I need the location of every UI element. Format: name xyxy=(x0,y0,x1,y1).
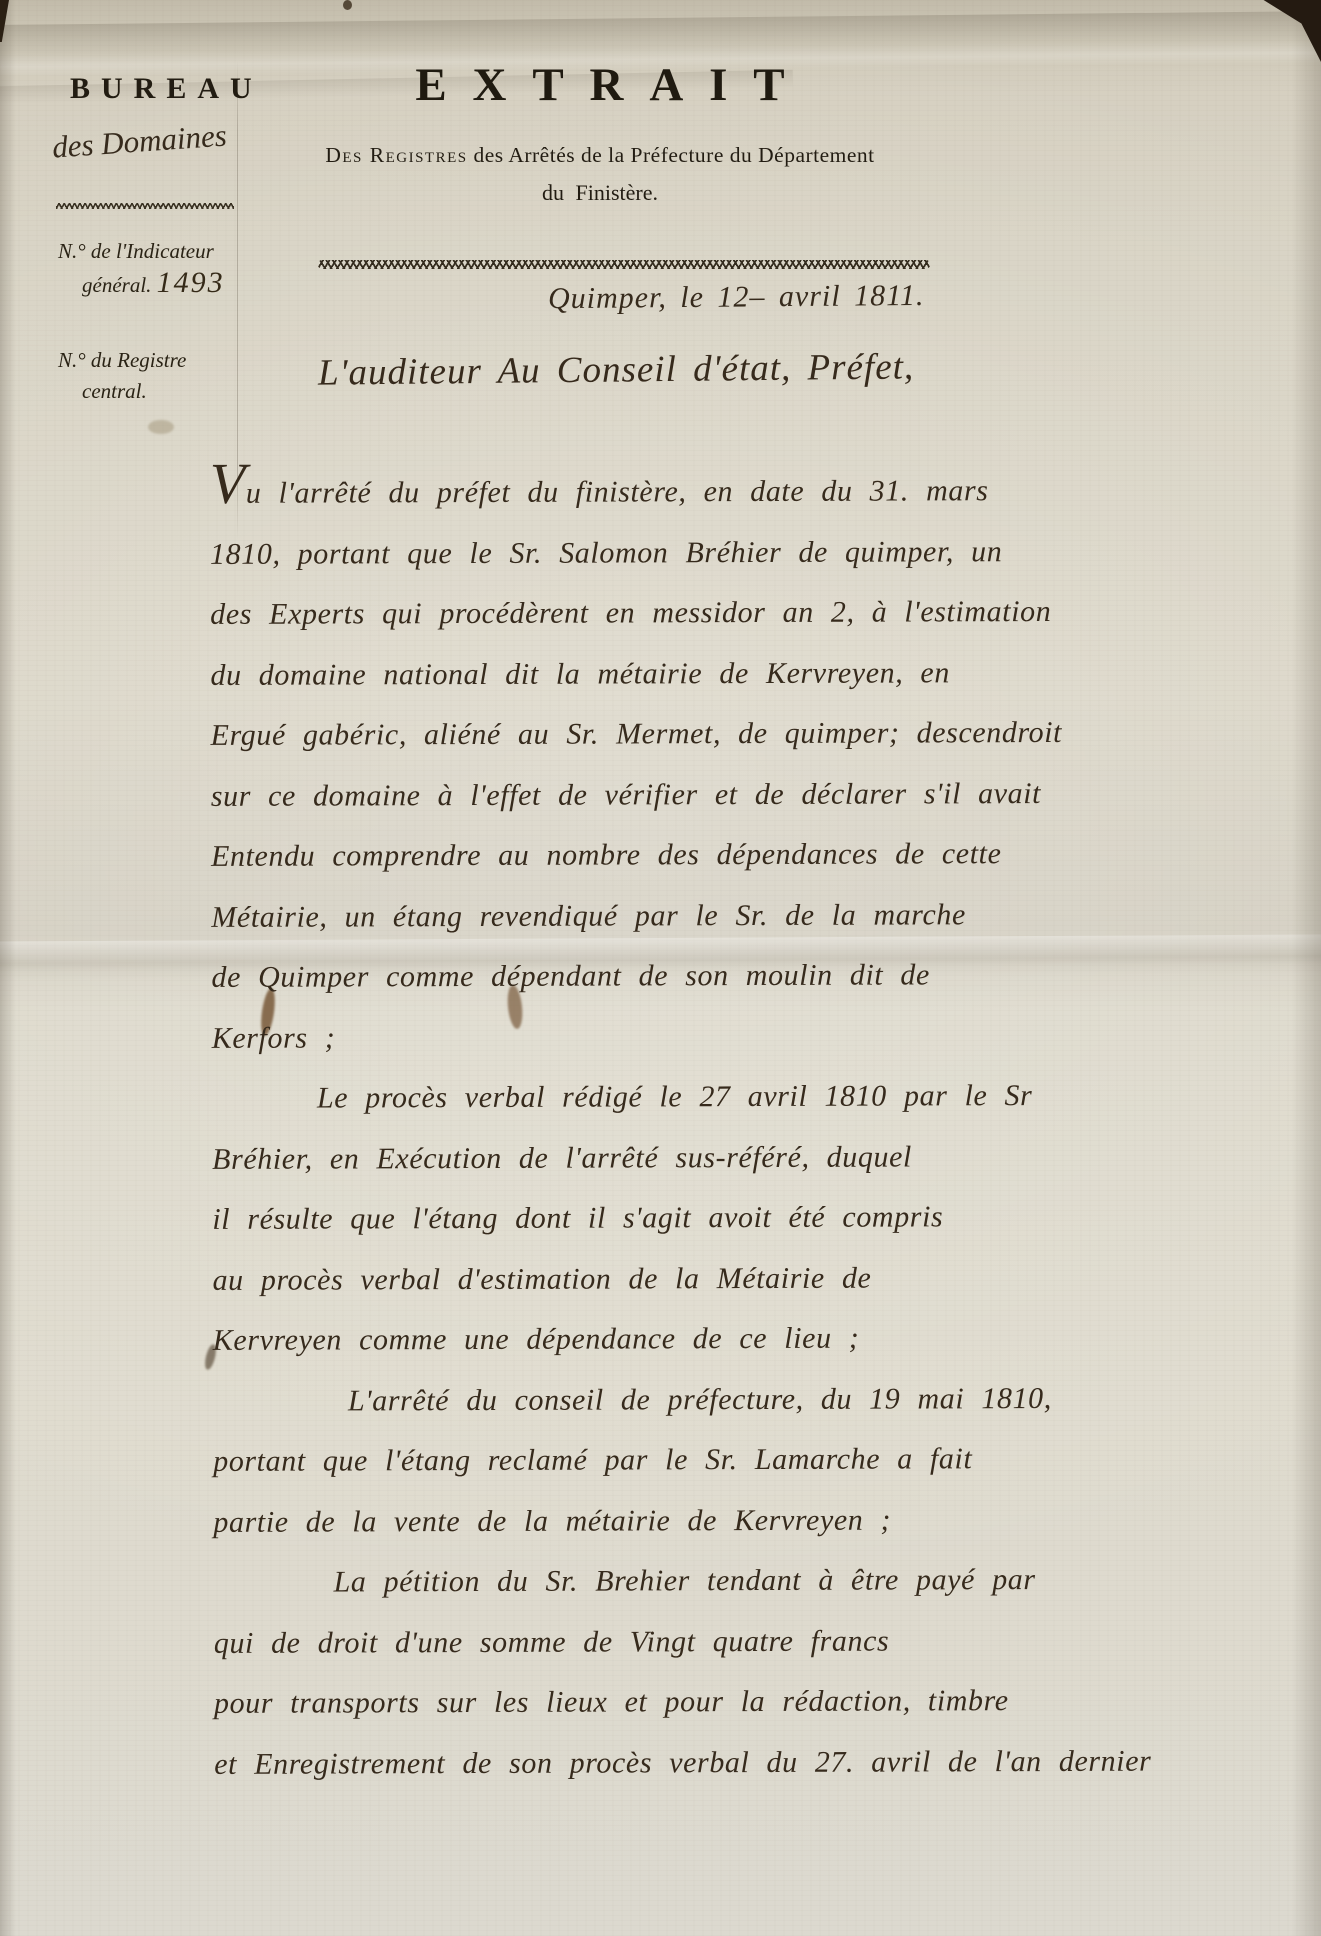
body-line: il résulte que l'étang dont il s'agit av… xyxy=(212,1186,1304,1250)
manuscript-body: Vu l'arrêté du préfet du finistère, en d… xyxy=(210,450,1307,1795)
paper-edge-left-shadow xyxy=(0,0,16,1936)
register-number-block: N.° du Registre central. xyxy=(58,345,278,407)
indicator-label-line1: N.° de l'Indicateur xyxy=(58,236,278,267)
register-label-line2: central. xyxy=(58,376,278,407)
bureau-label: BUREAU xyxy=(70,72,240,106)
ink-speck-top xyxy=(343,0,352,10)
body-line: Vu l'arrêté du préfet du finistère, en d… xyxy=(210,450,1302,524)
body-line: Le procès verbal rédigé le 27 avril 1810… xyxy=(212,1065,1304,1129)
body-line: 1810, portant que le Sr. Salomon Bréhier… xyxy=(210,521,1302,585)
indicator-number-handwritten: 1493 xyxy=(157,266,225,299)
squiggle-divider xyxy=(56,203,234,209)
body-line: L'arrêté du conseil de préfecture, du 19… xyxy=(213,1368,1305,1432)
body-line: La pétition du Sr. Brehier tendant à êtr… xyxy=(213,1549,1305,1613)
body-line: qui de droit d'une somme de Vingt quatre… xyxy=(214,1610,1306,1674)
subtitle-smallcaps: Des Registres xyxy=(325,143,467,167)
body-line: de Quimper comme dépendant de son moulin… xyxy=(211,944,1303,1008)
body-line: du domaine national dit la métairie de K… xyxy=(210,642,1302,706)
body-line: pour transports sur les lieux et pour la… xyxy=(214,1670,1306,1734)
body-line: Kervreyen comme une dépendance de ce lie… xyxy=(213,1307,1305,1371)
subtitle-line1: Des Registres des Arrêtés de la Préfectu… xyxy=(250,143,950,168)
body-line: sur ce domaine à l'effet de vérifier et … xyxy=(211,763,1303,827)
body-line: Ergué gabéric, aliéné au Sr. Mermet, de … xyxy=(211,702,1303,766)
salutation: L'auditeur Au Conseil d'état, Préfet, xyxy=(318,344,1018,394)
dateline: Quimper, le 12– avril 1811. xyxy=(548,278,1048,316)
body-line: Bréhier, en Exécution de l'arrêté sus-ré… xyxy=(212,1126,1304,1190)
paper-stain xyxy=(148,420,174,434)
indicator-label-line2: général. 1493 xyxy=(58,267,278,301)
bureau-office-handwritten: des Domaines xyxy=(51,114,273,165)
indicator-number-block: N.° de l'Indicateur général. 1493 xyxy=(58,236,278,301)
body-line: Métairie, un étang revendiqué par le Sr.… xyxy=(211,884,1303,948)
body-line: des Experts qui procédèrent en messidor … xyxy=(210,581,1302,645)
page-title: EXTRAIT xyxy=(310,58,890,112)
body-line: Kerfors ; xyxy=(212,1005,1304,1069)
body-line: portant que l'étang reclamé par le Sr. L… xyxy=(213,1428,1305,1492)
body-line: partie de la vente de la métairie de Ker… xyxy=(213,1489,1305,1553)
subtitle-line2: du Finistère. xyxy=(250,180,950,206)
register-label-line1: N.° du Registre xyxy=(58,345,278,376)
body-line: au procès verbal d'estimation de la Méta… xyxy=(212,1247,1304,1311)
body-line: et Enregistrement de son procès verbal d… xyxy=(214,1731,1306,1795)
chain-ornament-divider xyxy=(318,260,930,269)
subtitle-rest: des Arrêtés de la Préfecture du Départem… xyxy=(473,143,874,167)
document-page: BUREAU des Domaines N.° de l'Indicateur … xyxy=(0,0,1321,1936)
body-line: Entendu comprendre au nombre des dépenda… xyxy=(211,823,1303,887)
